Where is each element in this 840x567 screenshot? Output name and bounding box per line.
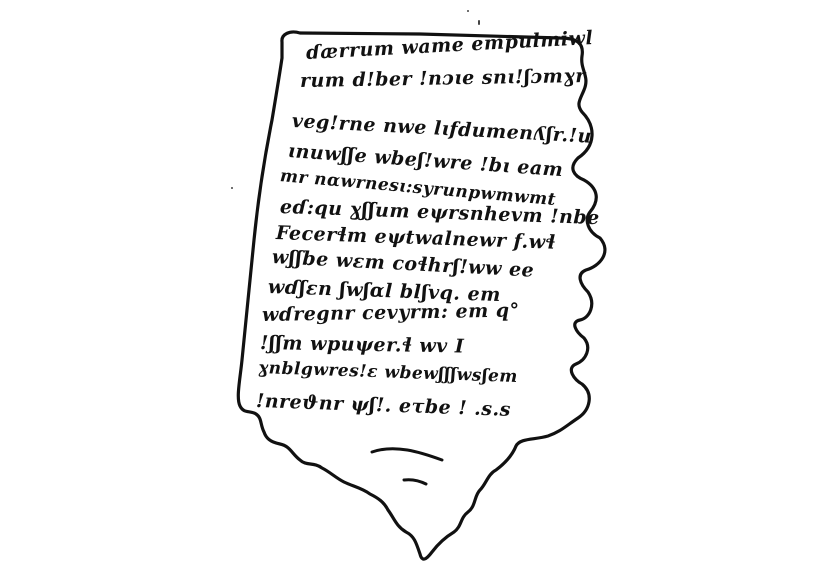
inscription-line: !ʃʃm wpuψer.ɬ wv I bbox=[260, 332, 465, 358]
scan-speck bbox=[467, 10, 469, 12]
lower-short-stroke bbox=[404, 480, 426, 484]
inscription-line: wɗregnr cevyrm: em q° bbox=[262, 300, 520, 326]
tablet-figure: ɗærrum wame empulmiwl rum d!ber !nɔɩe sn… bbox=[0, 0, 840, 567]
scan-speck bbox=[231, 187, 233, 189]
scan-speck bbox=[478, 20, 480, 25]
lower-long-stroke bbox=[372, 449, 442, 460]
